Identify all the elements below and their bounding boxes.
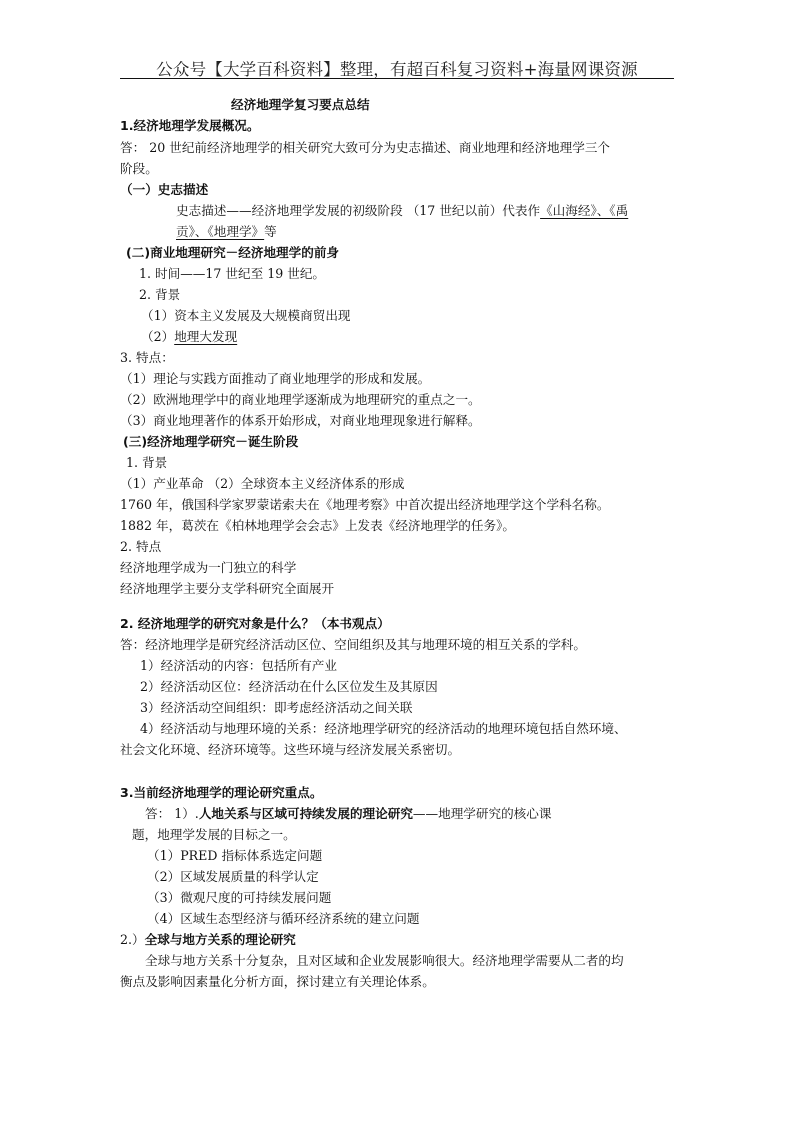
- sub2-time: 1. 时间——17 世纪至 19 世纪。: [139, 266, 325, 282]
- section3-heading: 3.当前经济地理学的理论研究重点。: [120, 785, 322, 801]
- sub2-background-1: （1）资本主义发展及大规模商贸出现: [141, 308, 351, 324]
- section2-heading: 2. 经济地理学的研究对象是什么？（本书观点）: [120, 616, 390, 632]
- sub1-line2: 贡》、《地理学》等: [176, 224, 277, 240]
- section1-heading: 1.经济地理学发展概况。: [120, 118, 260, 134]
- sub1-line2-suffix: 等: [264, 224, 277, 239]
- section3-part2-prefix: 2.）: [120, 932, 145, 947]
- header-watermark: 公众号【大学百科资料】整理，有超百科复习资料+海量网课资源: [120, 56, 674, 80]
- document-title: 经济地理学复习要点总结: [231, 97, 370, 113]
- sub2-background-2-underlined: 地理大发现: [174, 329, 237, 344]
- sub3-fact-1882: 1882 年，葛茨在《柏林地理学会会志》上发表《经济地理学的任务》。: [120, 518, 515, 534]
- section3-answer-prefix: 答： 1）.: [145, 806, 199, 821]
- section2-item-4-cont: 社会文化环境、经济环境等。这些环境与经济发展关系密切。: [120, 742, 460, 758]
- section3-item-3: （3）微观尺度的可持续发展问题: [147, 890, 331, 906]
- sub2-feature-2: （2）欧洲地理学中的商业地理学逐渐成为地理研究的重点之一。: [120, 392, 481, 408]
- sub2-feature-3: （3）商业地理著作的体系开始形成，对商业地理现象进行解释。: [120, 413, 481, 429]
- section1-answer-line2: 阶段。: [120, 161, 158, 177]
- sub1-heading: （一）史志描述: [120, 182, 208, 198]
- sub3-fact-1760: 1760 年，俄国科学家罗蒙诺索夫在《地理考察》中首次提出经济地理学这个学科名称…: [120, 497, 609, 513]
- section3-item-2: （2）区域发展质量的科学认定: [147, 869, 319, 885]
- document-page: 公众号【大学百科资料】整理，有超百科复习资料+海量网课资源 经济地理学复习要点总…: [0, 0, 793, 1122]
- section3-item-1: （1）PRED 指标体系选定问题: [147, 848, 322, 864]
- section2-answer: 答：经济地理学是研究经济活动区位、空间组织及其与地理环境的相互关系的学科。: [120, 637, 586, 653]
- section3-part2-line1: 全球与地方关系十分复杂，且对区域和企业发展影响很大。经济地理学需要从二者的均: [145, 953, 624, 969]
- sub3-feature-1: 经济地理学成为一门独立的科学: [120, 560, 296, 576]
- sub1-works-underlined-cont: 贡》、《地理学》: [176, 224, 264, 239]
- sub3-feature-2: 经济地理学主要分支学科研究全面展开: [120, 581, 334, 597]
- section2-item-2: 2）经济活动区位：经济活动在什么区位发生及其原因: [140, 679, 438, 695]
- section3-part2-line2: 衡点及影响因素量化分析方面，探讨建立有关理论体系。: [120, 974, 435, 990]
- sub3-background-label: 1. 背景: [126, 455, 167, 471]
- sub3-heading: (三)经济地理学研究－诞生阶段: [123, 434, 298, 450]
- section3-answer-line1: 答： 1）.人地关系与区域可持续发展的理论研究——地理学研究的核心课: [145, 806, 551, 822]
- section2-item-1: 1）经济活动的内容：包括所有产业: [140, 658, 337, 674]
- sub2-features-label: 3. 特点：: [120, 350, 174, 366]
- sub1-line1-prefix: 史志描述——经济地理学发展的初级阶段 （17 世纪以前）代表作: [176, 203, 540, 218]
- sub3-features-label: 2. 特点: [120, 539, 161, 555]
- sub3-background-items: （1）产业革命 （2）全球资本主义经济体系的形成: [120, 476, 405, 492]
- header-divider: [120, 78, 674, 79]
- section3-part2-heading: 2.）全球与地方关系的理论研究: [120, 932, 296, 948]
- sub1-line1: 史志描述——经济地理学发展的初级阶段 （17 世纪以前）代表作《山海经》、《禹: [176, 203, 628, 219]
- section1-answer-line1: 答： 20 世纪前经济地理学的相关研究大致可分为史志描述、商业地理和经济地理学三…: [120, 140, 610, 156]
- sub2-background-2: （2）地理大发现: [141, 329, 237, 345]
- sub2-heading: (二)商业地理研究－经济地理学的前身: [126, 245, 339, 261]
- sub2-background-2-prefix: （2）: [141, 329, 174, 344]
- section2-item-3: 3）经济活动空间组织：即考虑经济活动之间关联: [140, 700, 412, 716]
- section3-topic-2: 全球与地方关系的理论研究: [145, 932, 296, 947]
- sub1-works-underlined: 《山海经》、《禹: [540, 203, 628, 218]
- section3-topic-1: 人地关系与区域可持续发展的理论研究: [199, 806, 413, 821]
- sub2-feature-1: （1）理论与实践方面推动了商业地理学的形成和发展。: [120, 371, 430, 387]
- section3-answer-suffix: ——地理学研究的核心课: [413, 806, 552, 821]
- section3-answer-line2: 题，地理学发展的目标之一。: [132, 827, 296, 843]
- section2-item-4: 4）经济活动与地理环境的关系：经济地理学研究的经济活动的地理环境包括自然环境、: [140, 721, 627, 737]
- section3-item-4: （4）区域生态型经济与循环经济系统的建立问题: [147, 911, 419, 927]
- sub2-background-label: 2. 背景: [139, 287, 180, 303]
